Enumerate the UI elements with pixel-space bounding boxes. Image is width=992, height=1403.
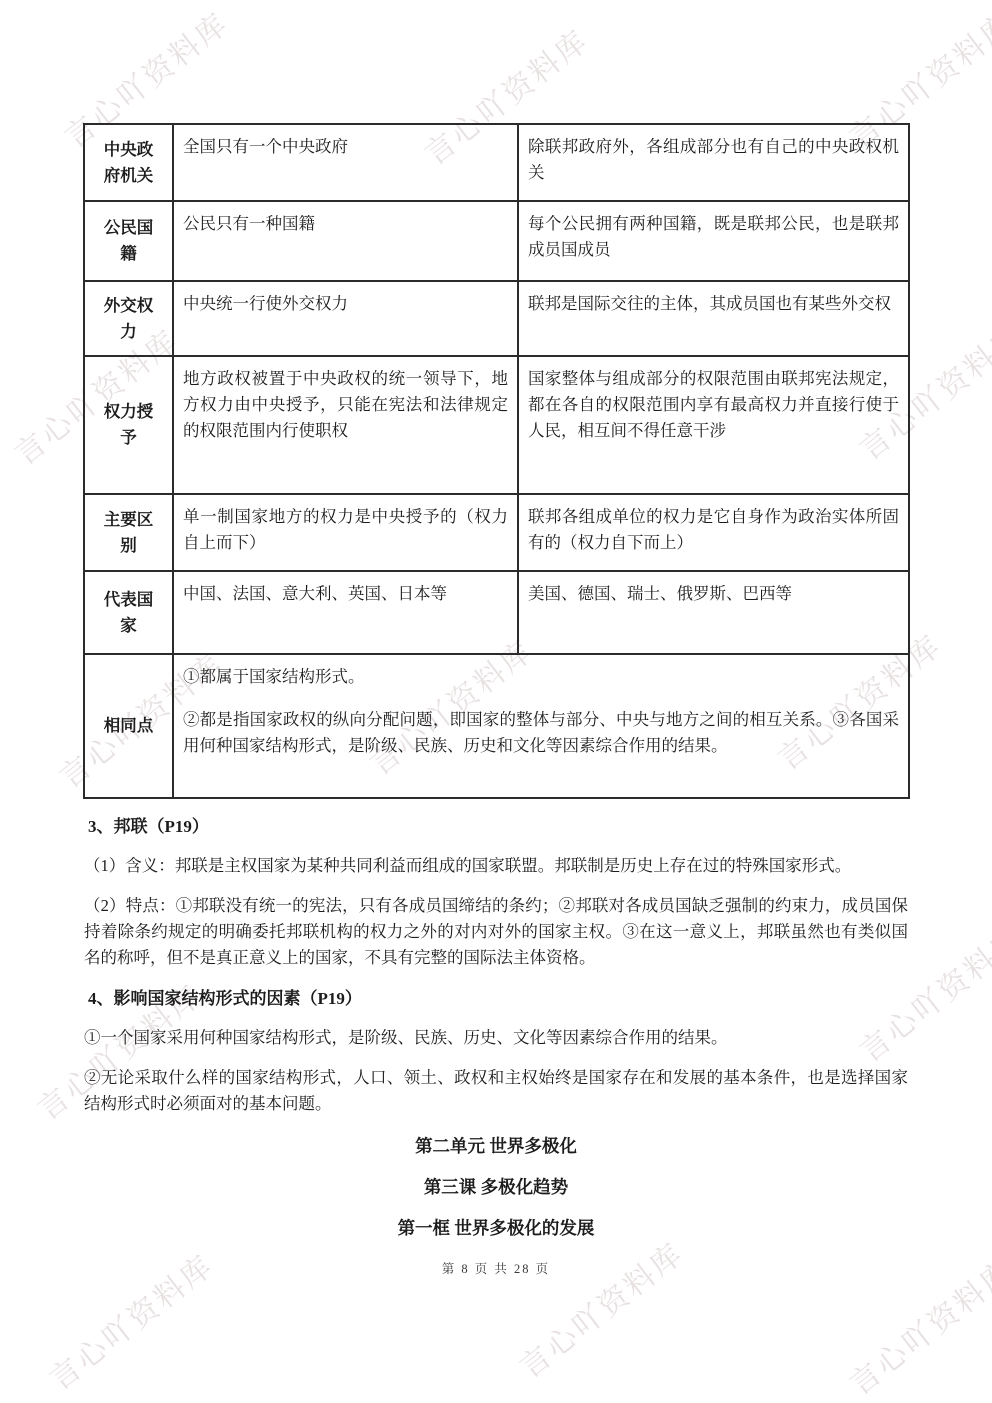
- table-row: 主要区别 单一制国家地方的权力是中央授予的（权力自上而下） 联邦各组成单位的权力…: [84, 494, 909, 571]
- lesson-heading: 第三课 多极化趋势: [0, 1175, 992, 1199]
- unitary-cell: 单一制国家地方的权力是中央授予的（权力自上而下）: [173, 494, 518, 571]
- row-header: 相同点: [84, 654, 173, 798]
- unit-heading: 第二单元 世界多极化: [0, 1134, 992, 1158]
- same-points-item: ②都是指国家政权的纵向分配问题，即国家的整体与部分、中央与地方之间的相互关系。③…: [183, 707, 899, 759]
- frame-heading: 第一框 世界多极化的发展: [0, 1216, 992, 1240]
- paragraph-confederation-meaning: （1）含义：邦联是主权国家为某种共同利益而组成的国家联盟。邦联制是历史上存在过的…: [84, 853, 908, 879]
- same-points-item: ①都属于国家结构形式。: [183, 664, 899, 690]
- federal-cell: 美国、德国、瑞士、俄罗斯、巴西等: [518, 571, 909, 654]
- page-number-footer: 第 8 页 共 28 页: [0, 1259, 992, 1277]
- section-heading-factors: 4、影响国家结构形式的因素（P19）: [88, 987, 908, 1011]
- same-points-cell: ①都属于国家结构形式。 ②都是指国家政权的纵向分配问题，即国家的整体与部分、中央…: [173, 654, 909, 798]
- section-heading-confederation: 3、邦联（P19）: [88, 815, 908, 839]
- document-page: 言心吖资料库言心吖资料库言心吖资料库言心吖资料库言心吖资料库言心吖资料库言心吖资…: [0, 0, 992, 1403]
- paragraph-factors-2: ②无论采取什么样的国家结构形式，人口、领土、政权和主权始终是国家存在和发展的基本…: [84, 1065, 908, 1117]
- paragraph-confederation-features: （2）特点：①邦联没有统一的宪法，只有各成员国缔结的条约；②邦联对各成员国缺乏强…: [84, 893, 908, 971]
- unitary-cell: 公民只有一种国籍: [173, 201, 518, 281]
- unitary-cell: 中央统一行使外交权力: [173, 281, 518, 356]
- row-header: 公民国籍: [84, 201, 173, 281]
- unitary-cell: 中国、法国、意大利、英国、日本等: [173, 571, 518, 654]
- row-header: 中央政府机关: [84, 124, 173, 201]
- page-content: 中央政府机关 全国只有一个中央政府 除联邦政府外，各组成部分也有自己的中央政权机…: [0, 123, 992, 1277]
- row-header: 权力授予: [84, 356, 173, 494]
- federal-cell: 联邦各组成单位的权力是它自身作为政治实体所固有的（权力自下而上）: [518, 494, 909, 571]
- table-row: 代表国家 中国、法国、意大利、英国、日本等 美国、德国、瑞士、俄罗斯、巴西等: [84, 571, 909, 654]
- row-header: 代表国家: [84, 571, 173, 654]
- table-row: 外交权力 中央统一行使外交权力 联邦是国际交往的主体，其成员国也有某些外交权: [84, 281, 909, 356]
- row-header: 主要区别: [84, 494, 173, 571]
- table-row-same-points: 相同点 ①都属于国家结构形式。 ②都是指国家政权的纵向分配问题，即国家的整体与部…: [84, 654, 909, 798]
- federal-cell: 联邦是国际交往的主体，其成员国也有某些外交权: [518, 281, 909, 356]
- table-row: 中央政府机关 全国只有一个中央政府 除联邦政府外，各组成部分也有自己的中央政权机…: [84, 124, 909, 201]
- table-row: 公民国籍 公民只有一种国籍 每个公民拥有两种国籍，既是联邦公民，也是联邦成员国成…: [84, 201, 909, 281]
- federal-cell: 除联邦政府外，各组成部分也有自己的中央政权机关: [518, 124, 909, 201]
- comparison-table: 中央政府机关 全国只有一个中央政府 除联邦政府外，各组成部分也有自己的中央政权机…: [83, 123, 910, 799]
- row-header: 外交权力: [84, 281, 173, 356]
- unitary-cell: 全国只有一个中央政府: [173, 124, 518, 201]
- paragraph-factors-1: ①一个国家采用何种国家结构形式，是阶级、民族、历史、文化等因素综合作用的结果。: [84, 1025, 908, 1051]
- table-row: 权力授予 地方政权被置于中央政权的统一领导下，地方权力由中央授予，只能在宪法和法…: [84, 356, 909, 494]
- federal-cell: 每个公民拥有两种国籍，既是联邦公民，也是联邦成员国成员: [518, 201, 909, 281]
- unitary-cell: 地方政权被置于中央政权的统一领导下，地方权力由中央授予，只能在宪法和法律规定的权…: [173, 356, 518, 494]
- federal-cell: 国家整体与组成部分的权限范围由联邦宪法规定，都在各自的权限范围内享有最高权力并直…: [518, 356, 909, 494]
- body-text-block: 3、邦联（P19） （1）含义：邦联是主权国家为某种共同利益而组成的国家联盟。邦…: [84, 815, 908, 1117]
